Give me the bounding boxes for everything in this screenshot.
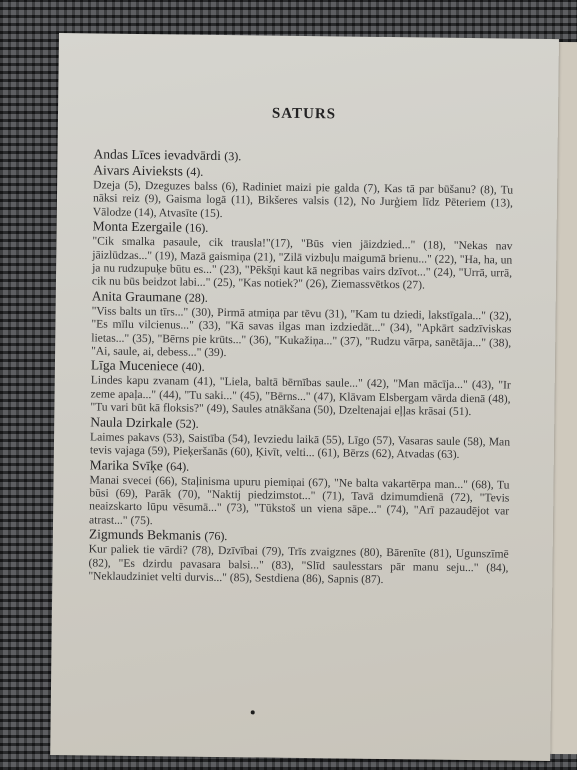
author-name: Zigmunds Bekmanis: [89, 527, 201, 543]
toc-entry: Līga Muceniece (40). Lindes kapu zvanam …: [90, 358, 511, 419]
author-page-ref: (3).: [224, 149, 241, 163]
author-name: Monta Ezergaile: [93, 219, 183, 235]
table-of-contents: SATURS Andas Līces ievadvārdi (3). Aivar…: [88, 103, 514, 587]
toc-entry: Naula Dzirkale (52). Laimes pakavs (53),…: [90, 414, 510, 462]
author-name: Aivars Aivieksts: [93, 162, 183, 178]
author-page-ref: (16).: [185, 221, 208, 235]
author-name: Andas Līces ievadvārdi: [93, 146, 221, 163]
works-list: Lindes kapu zvanam (41), "Liela, baltā b…: [90, 374, 510, 419]
author-name: Anita Graumane: [92, 288, 182, 304]
works-list: "Cik smalka pasaule, cik trausla!"(17), …: [92, 235, 513, 294]
author-page-ref: (52).: [176, 416, 199, 430]
author-page-ref: (4).: [186, 165, 203, 179]
toc-entry: Aivars Aivieksts (4). Dzeja (5), Dzeguze…: [93, 162, 514, 223]
author-page-ref: (28).: [185, 290, 208, 304]
author-page-ref: (64).: [166, 459, 189, 473]
author-name: Līga Muceniece: [91, 358, 179, 374]
works-list: Manai svecei (66), Staļinisma upuru piem…: [89, 473, 510, 532]
works-list: Kur paliek tie vārdi? (78), Dzīvībai (79…: [88, 543, 508, 588]
ink-dot: [251, 710, 255, 714]
toc-entry: Zigmunds Bekmanis (76). Kur paliek tie v…: [88, 527, 509, 588]
book-page: SATURS Andas Līces ievadvārdi (3). Aivar…: [50, 33, 559, 761]
page-title: SATURS: [94, 103, 514, 125]
works-list: "Viss balts un tīrs..." (30), Pirmā atmi…: [91, 304, 512, 363]
toc-entry: Marika Svīķe (64). Manai svecei (66), St…: [89, 457, 510, 532]
author-name: Naula Dzirkale: [90, 414, 172, 430]
toc-entry: Monta Ezergaile (16). "Cik smalka pasaul…: [92, 219, 513, 294]
works-list: Dzeja (5), Dzeguzes balss (6), Radiniet …: [93, 178, 513, 223]
toc-entry: Anita Graumane (28). "Viss balts un tīrs…: [91, 288, 512, 363]
author-name: Marika Svīķe: [90, 457, 163, 473]
author-page-ref: (76).: [204, 529, 227, 543]
author-page-ref: (40).: [182, 360, 205, 374]
